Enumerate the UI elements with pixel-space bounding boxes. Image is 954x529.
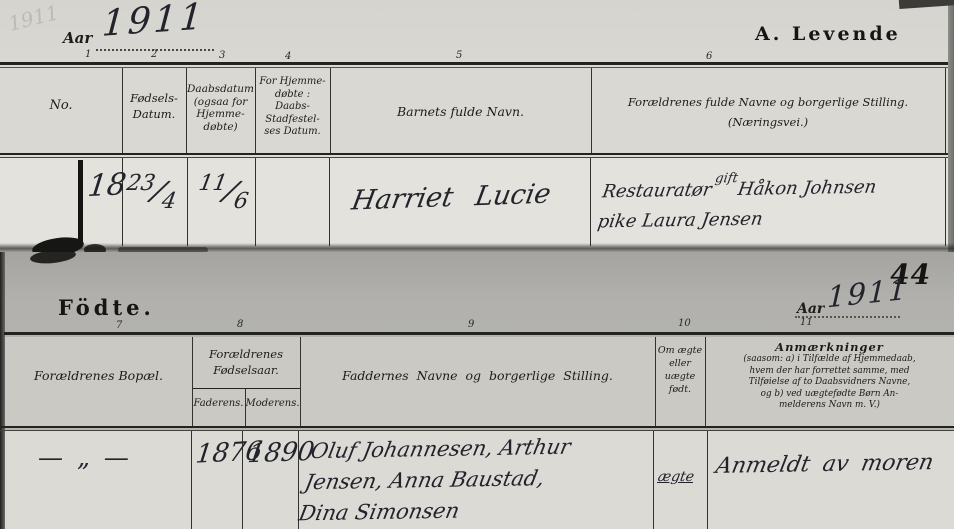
p1d-v2	[187, 158, 188, 246]
record-baptism-date: 11/6	[195, 172, 253, 207]
header-parents: Forældrenes fulde Navne og borgerlige St…	[591, 92, 945, 132]
page2-year-label: Aar	[797, 301, 824, 317]
page2-section-title: Födte.	[58, 295, 155, 320]
header-residence: Forældrenes Bopæl.	[5, 368, 192, 383]
record-no: 18	[86, 167, 128, 204]
p2-rule-top-thick	[4, 332, 954, 335]
p1-rule-top-thin	[0, 67, 948, 68]
header-birth-years: Forældrenes Fødselsaar.	[192, 346, 300, 378]
header-godparents: Faddernes Navne og borgerlige Stilling.	[300, 368, 655, 383]
p1d-margin-bar	[78, 160, 83, 246]
page1-year-handwritten: 1911	[101, 0, 207, 45]
p1d-v3	[255, 158, 256, 246]
header-remarks-body: (saasom: a) i Tilfælde af Hjemmedaab, hv…	[705, 354, 954, 412]
record-birth-date: 23/4	[123, 172, 181, 207]
p1-rule-top-thick	[0, 62, 948, 65]
page1-right-edge	[948, 0, 954, 252]
record-legitimacy: ægte	[657, 469, 696, 485]
page1-section-title: A. Levende	[755, 23, 901, 45]
colnum-9: 9	[468, 319, 474, 330]
p2-rule-mid-1	[0, 426, 954, 428]
record-mother-year: 1890	[246, 437, 316, 469]
godparents-line2: Jensen, Anna Baustad,	[303, 466, 547, 494]
header-birth-date: Fødsels- Datum.	[122, 90, 186, 122]
p1-rule-mid-1	[0, 153, 948, 155]
header-remarks-title: Anmærkninger	[705, 340, 954, 354]
colnum-6: 6	[706, 51, 712, 62]
header-no: No.	[0, 98, 122, 113]
header-home-baptism: For Hjemme- døbte : Daabs- Stadfestel- s…	[255, 76, 330, 139]
colnum-10: 10	[678, 318, 691, 329]
page2-left-edge	[0, 252, 5, 529]
p2-rule-mid-2	[0, 430, 954, 431]
record-residence-ditto: — „ —	[38, 443, 129, 472]
p1d-v4	[329, 158, 330, 246]
p2d-v1	[191, 431, 192, 529]
p1h-v6	[945, 68, 946, 153]
godparents-line1: Oluf Johannesen, Arthur	[309, 435, 573, 464]
colnum-7: 7	[116, 320, 122, 331]
scanned-parish-register: 1911 Aar 1911 A. Levende 1 2 3 4 5 6 No.…	[0, 0, 954, 529]
header-legitimacy: Om ægte eller uægte født.	[655, 344, 705, 396]
p1-rule-mid-2	[0, 157, 948, 158]
record-remarks: Anmeldt av moren	[714, 450, 936, 479]
record-godparents: Oluf Johannesen, Arthur Jensen, Anna Bau…	[296, 432, 573, 529]
record-parents: RestauratørgiftHåkon Johnsen pike Laura …	[595, 174, 878, 237]
colnum-8: 8	[237, 319, 243, 330]
colnum-1: 1	[85, 49, 91, 60]
page1-year-label: Aar	[63, 29, 92, 47]
header-baptism-date: Daabsdatum (ogsaa for Hjemme- døbte)	[186, 83, 255, 133]
header-child-name: Barnets fulde Navn.	[330, 104, 591, 119]
header-mother-year: Moderens.	[245, 398, 300, 409]
colnum-5: 5	[456, 50, 462, 61]
p2-rule-subheader	[192, 388, 300, 389]
header-father-year: Faderens.	[192, 398, 245, 409]
colnum-2: 2	[151, 49, 157, 60]
p2d-v5	[707, 431, 708, 529]
parents-father: Håkon Johnsen	[736, 177, 878, 200]
colnum-11: 11	[800, 317, 813, 328]
colnum-3: 3	[219, 50, 225, 61]
godparents-line3: Dina Simonsen	[297, 499, 462, 526]
parents-occupation: Restauratør	[601, 179, 713, 202]
parents-insert-gift: gift	[714, 171, 739, 186]
p2d-v4	[653, 431, 654, 529]
parents-mother: pike Laura Jensen	[596, 209, 764, 233]
p1d-v5	[590, 158, 591, 246]
p1d-v6	[945, 158, 946, 246]
colnum-4: 4	[285, 51, 291, 62]
